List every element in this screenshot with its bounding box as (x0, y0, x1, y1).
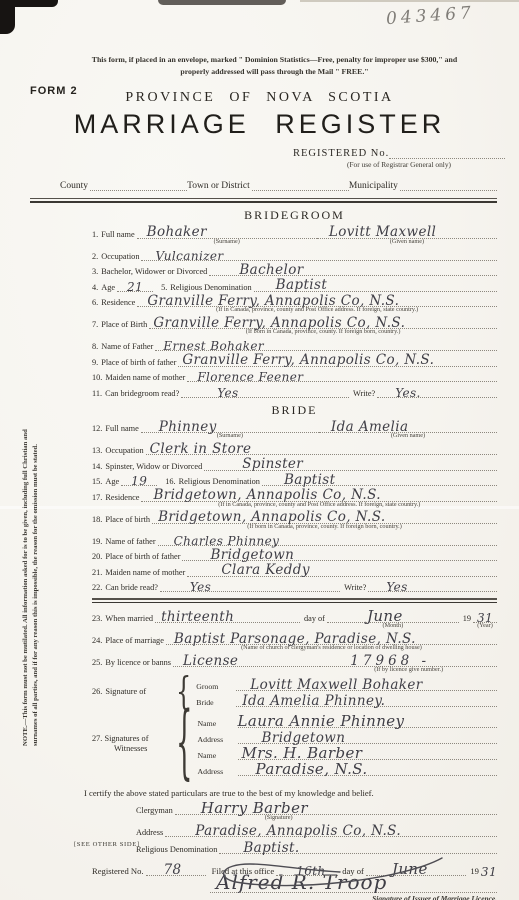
clergyman-label: Clergyman (136, 806, 173, 815)
ruled-line: Granville Ferry, Annapolis Co, N.S. (If … (149, 317, 497, 330)
witness2-name-row: Name Mrs. H. Barber (198, 744, 497, 760)
field-number: 7. (92, 320, 98, 329)
field-label: Name of Father (101, 342, 153, 351)
groom-signature-row: Groom Lovitt Maxwell Bohaker (196, 675, 497, 691)
form-number: FORM 2 (30, 85, 78, 97)
county-label: County (60, 181, 88, 191)
margin-note-vertical: NOTE.—This form must not be mutilated. A… (21, 268, 41, 746)
handwritten-value: License (183, 655, 238, 669)
mailing-instructions-line2: properly addressed will pass through the… (180, 67, 368, 76)
bride-label: Bride (196, 698, 236, 707)
field-row: 7. Place of Birth Granville Ferry, Annap… (92, 316, 497, 329)
handwritten-value: Yes (386, 581, 407, 593)
name-label: Name (198, 719, 238, 728)
field-label: Age (101, 283, 115, 292)
clergyman-address: Paradise, Annapolis Co, N.S. (195, 825, 401, 839)
field-row: 2. Occupation Vulcanizer (92, 248, 497, 261)
address-label: Address (198, 735, 238, 744)
field-label: Residence (101, 298, 135, 307)
handwritten-value: Clara Keddy (221, 564, 310, 578)
ruled-line: Bridgetown, Annapolis Co, N.S. (If born … (152, 511, 497, 524)
field-row: 24. Place of marriage Baptist Parsonage,… (92, 632, 497, 645)
field-label: Bachelor, Widower or Divorced (101, 267, 207, 276)
field-row: 19. Name of father Charles Phinney (92, 533, 497, 546)
ruled-line: Granville Ferry, Annapolis Co, N.S. (If … (137, 295, 497, 308)
field-number: 25. (92, 658, 102, 667)
field-label: Name of father (105, 537, 155, 546)
field-number: 10. (92, 373, 102, 382)
ruled-line: Yes (368, 580, 497, 592)
ruled-line: thirteenth (155, 611, 300, 624)
brace-glyph: { (176, 698, 193, 791)
field-number: 1. (92, 230, 98, 239)
field-caption: (If by licence give number.) (320, 666, 497, 673)
field-row: 13. Occupation Clerk in Store (92, 442, 497, 455)
field-number: 5. (161, 283, 167, 292)
ruled-line: Vulcanizer (141, 249, 497, 261)
bridegroom-heading: BRIDEGROOM (92, 208, 497, 223)
clergyman-row: Clergyman Harry Barber (Signature) (136, 801, 497, 815)
handwritten-value: Baptist (276, 279, 328, 293)
ruled-line: Spinster (204, 458, 497, 471)
field-caption: (If in Canada, province, county and Post… (137, 306, 497, 313)
town-line (252, 180, 349, 191)
field-label: Place of Birth (101, 320, 147, 329)
ruled-line: Bohaker (Surname) (137, 226, 317, 239)
ruled-line: 19 (121, 474, 157, 486)
year-prefix: 19 (470, 866, 479, 876)
field-row: 25. By licence or banns License 17968 - … (92, 654, 497, 667)
ruled-line: 21 (117, 280, 153, 292)
double-rule (30, 198, 497, 203)
field-label: Place of birth of father (101, 358, 176, 367)
ruled-line: License (173, 655, 320, 668)
ruled-line: Ida Amelia Phinney. (236, 695, 497, 708)
field-row: 3. Bachelor, Widower or Divorced Bachelo… (92, 263, 497, 276)
page-title: MARRIAGE REGISTER (0, 109, 519, 140)
field-label: Religious Denomination (170, 283, 251, 292)
field-number: 27. (92, 734, 102, 743)
field-label: day of (304, 614, 325, 623)
address-label: Address (198, 767, 238, 776)
handwritten-value: 21 (127, 281, 143, 293)
witness1-name-row: Name Laura Annie Phinney (198, 712, 497, 728)
margin-note-line2: surnames of all parties, and if for any … (31, 268, 41, 746)
mailing-instructions-line1: This form, if placed in an envelope, mar… (92, 55, 457, 64)
handwritten-value: 19 (131, 475, 147, 487)
field-label: Occupation (105, 446, 143, 455)
registered-no-caption: (For use of Registrar General only) (293, 160, 505, 169)
ruled-line: Lovitt Maxwell Bohaker (236, 679, 497, 692)
field-label: Witnesses (114, 744, 176, 755)
field-number: 17. (92, 493, 102, 502)
field-number: 13. (92, 446, 102, 455)
field-number: 21. (92, 568, 102, 577)
field-number: 12. (92, 424, 102, 433)
field-label: Place of marriage (105, 636, 164, 645)
handwritten-value: Yes. (395, 387, 421, 399)
field-label: Age (105, 477, 119, 486)
ruled-line: Florence Feener (187, 370, 497, 382)
field-row: 11. Can bridegroom read? Yes Write? Yes. (92, 385, 497, 398)
handwritten-value: Bridgetown (210, 549, 294, 563)
denomination-label: Religious Denomination (136, 845, 217, 854)
ruled-line: Bachelor (209, 264, 497, 277)
field-row: 15. Age 19 16. Religious Denomination Ba… (92, 473, 497, 486)
certification-statement: I certify the above stated particulars a… (84, 788, 497, 798)
field-label: Signatures of (104, 734, 148, 743)
ruled-line: Yes. (377, 386, 497, 398)
ruled-line: Phinney (Surname) (141, 421, 319, 434)
handwritten-value: thirteenth (161, 611, 234, 625)
handwritten-value: Spinster (242, 458, 303, 472)
handwritten-value: Ernest Bohaker (163, 340, 264, 352)
field-caption: (Surname) (141, 432, 319, 439)
field-row: 14. Spinster, Widow or Divorced Spinster (92, 458, 497, 471)
section-rule (92, 598, 497, 603)
ruled-line: Baptist (262, 474, 497, 487)
location-row: County Town or District Municipality (60, 180, 497, 191)
field-label: Religious Denomination (179, 477, 260, 486)
field-row: 1. Full name Bohaker (Surname) Lovitt Ma… (92, 226, 497, 239)
ruled-line: Baptist Parsonage, Paradise, N.S. (Name … (166, 633, 497, 646)
field-label: Spinster, Widow or Divorced (105, 462, 202, 471)
field-number: 26. (92, 687, 102, 696)
bride-signature: Ida Amelia Phinney. (242, 695, 385, 709)
registered-no-block: REGISTERED No. (For use of Registrar Gen… (0, 147, 505, 169)
ruled-line: Clara Keddy (187, 564, 497, 577)
field-label: Place of birth (105, 515, 150, 524)
handwritten-value: Vulcanizer (155, 250, 223, 262)
handwritten-value: Yes (190, 581, 211, 593)
ruled-line: 31 (Year) (473, 611, 497, 623)
field-caption: (Name of church or clergyman's residence… (166, 644, 497, 651)
field-label: Write? (344, 583, 366, 592)
field-caption: (Given name) (317, 238, 497, 245)
filed-year: 31 (481, 866, 497, 878)
field-row: 8. Name of Father Ernest Bohaker (92, 338, 497, 351)
ruled-line: June (Month) (327, 609, 459, 623)
ruled-line: Clerk in Store (146, 443, 497, 456)
field-row: 18. Place of birth Bridgetown, Annapolis… (92, 511, 497, 524)
registered-no-line (389, 147, 505, 159)
field-label: 19 (463, 614, 471, 623)
bride-heading: BRIDE (92, 403, 497, 418)
field-caption: (Given name) (319, 432, 497, 439)
province-heading: PROVINCE OF NOVA SCOTIA (0, 90, 519, 106)
ruled-line: Yes (181, 386, 349, 398)
field-label: Occupation (101, 252, 139, 261)
field-caption: (Month) (327, 622, 459, 629)
ruled-line: Ernest Bohaker (155, 339, 497, 351)
ruled-line: Yes (160, 580, 340, 592)
scan-edge-line (300, 0, 519, 2)
ruled-line: Ida Amelia (Given name) (319, 421, 497, 434)
marriage-register-document: 043467 This form, if placed in an envelo… (0, 0, 519, 900)
field-label: Maiden name of mother (105, 373, 185, 382)
ruled-line: Bridgetown (238, 732, 497, 745)
handwritten-value: Baptist (284, 474, 336, 488)
margin-note-line1: NOTE.—This form must not be mutilated. A… (21, 268, 31, 746)
field-row: 10. Maiden name of mother Florence Feene… (92, 369, 497, 382)
field-label: By licence or banns (105, 658, 171, 667)
field-label: When married (105, 614, 153, 623)
field-row: 21. Maiden name of mother Clara Keddy (92, 564, 497, 577)
field-label: Maiden name of mother (105, 568, 185, 577)
municipality-line (400, 180, 497, 191)
ruled-line: Granville Ferry, Annapolis Co, N.S. (178, 354, 497, 367)
field-number: 2. (92, 252, 98, 261)
ruled-line: Charles Phinney (158, 534, 497, 546)
field-caption: (Year) (473, 622, 497, 629)
field-row: 17. Residence Bridgetown, Annapolis Co, … (92, 489, 497, 502)
witness1-address-row: Address Bridgetown (198, 728, 497, 744)
bride-signature-row: Bride Ida Amelia Phinney. (196, 691, 497, 707)
field-number: 14. (92, 462, 102, 471)
town-label: Town or District (187, 181, 250, 191)
registered-label: Registered No. (92, 866, 144, 876)
handwritten-value: Charles Phinney (174, 535, 280, 547)
handwritten-value: Granville Ferry, Annapolis Co, N.S. (182, 354, 434, 368)
field-number: 24. (92, 636, 102, 645)
field-caption: (If born in Canada, province, county. If… (149, 328, 497, 335)
field-number: 19. (92, 537, 102, 546)
field-label: Place of birth of father (105, 552, 180, 561)
county-line (90, 180, 187, 191)
field-row: 12. Full name Phinney (Surname) Ida Amel… (92, 420, 497, 433)
field-number: 4. (92, 283, 98, 292)
field-number: 6. (92, 298, 98, 307)
field-number: 18. (92, 515, 102, 524)
field-number: 20. (92, 552, 102, 561)
field-number: 3. (92, 267, 98, 276)
name-label: Name (198, 751, 238, 760)
registered-number: 78 (164, 864, 182, 878)
field-label: Can bridegroom read? (105, 389, 179, 398)
field-number: 9. (92, 358, 98, 367)
field-row: 23. When married thirteenth day of June … (92, 609, 497, 623)
field-number: 11. (92, 389, 102, 398)
ruled-line: Bridgetown, Annapolis Co, N.S. (If in Ca… (141, 489, 497, 502)
scan-edge-artifact (158, 0, 286, 5)
see-other-side-note: [SEE OTHER SIDE] (74, 841, 140, 848)
ruled-line: Mrs. H. Barber (238, 746, 497, 760)
ruled-line: 17968 - (If by licence give number.) (320, 655, 497, 668)
field-number: 23. (92, 614, 102, 623)
witness1-address: Bridgetown (262, 732, 346, 746)
field-label: Full name (105, 424, 138, 433)
ruled-line: 78 (146, 864, 206, 877)
ruled-line: Lovitt Maxwell (Given name) (317, 226, 497, 239)
ruled-line: Bridgetown (182, 549, 497, 562)
field-caption: (Surname) (137, 238, 317, 245)
handwritten-value: Clerk in Store (150, 443, 252, 457)
witnesses-row: 27. Signatures of Witnesses { Name Laura… (92, 712, 497, 776)
field-number: 16. (165, 477, 175, 486)
field-label: Signature of (105, 687, 146, 696)
handwritten-value: Florence Feener (197, 371, 303, 383)
groom-signature: Lovitt Maxwell Bohaker (250, 679, 422, 693)
handwritten-value: Bachelor (239, 264, 303, 278)
witness2-name: Mrs. H. Barber (242, 746, 363, 761)
field-row: 20. Place of birth of father Bridgetown (92, 548, 497, 561)
ruled-line: Harry Barber (Signature) (175, 801, 497, 815)
clergyman-address-row: Address Paradise, Annapolis Co, N.S. (136, 823, 497, 837)
witness1-name: Laura Annie Phinney (238, 714, 405, 729)
ruled-line: Paradise, N.S. (238, 762, 497, 776)
field-row: 22. Can bride read? Yes Write? Yes (92, 579, 497, 592)
form-body: BRIDEGROOM 1. Full name Bohaker (Surname… (92, 208, 497, 900)
signature-of-row: 26. Signature of { Groom Lovitt Maxwell … (92, 675, 497, 707)
field-row: 6. Residence Granville Ferry, Annapolis … (92, 294, 497, 307)
field-number: 8. (92, 342, 98, 351)
field-label: Can bride read? (105, 583, 158, 592)
ruled-line: Laura Annie Phinney (238, 714, 497, 728)
signature-flourish (212, 852, 450, 896)
field-label: Full name (101, 230, 134, 239)
handwritten-value: Yes (217, 387, 238, 399)
field-caption: (Signature) (175, 814, 497, 821)
address-label: Address (136, 828, 163, 837)
witness2-address-row: Address Paradise, N.S. (198, 760, 497, 776)
ruled-line: Paradise, Annapolis Co, N.S. (165, 825, 497, 838)
ruled-line: Baptist (254, 279, 497, 292)
field-label: Write? (353, 389, 375, 398)
field-number: 15. (92, 477, 102, 486)
municipality-label: Municipality (349, 181, 398, 191)
field-row: 9. Place of birth of father Granville Fe… (92, 354, 497, 367)
field-number: 22. (92, 583, 102, 592)
groom-label: Groom (196, 682, 236, 691)
witness2-address: Paradise, N.S. (256, 762, 368, 777)
field-caption: (If born in Canada, province, county. If… (152, 523, 497, 530)
registered-no-label: REGISTERED No. (293, 148, 389, 159)
scan-corner-artifact (0, 0, 58, 7)
field-label: Residence (105, 493, 139, 502)
field-row: 4. Age 21 5. Religious Denomination Bapt… (92, 279, 497, 292)
field-caption: (If in Canada, province, county and Post… (141, 501, 497, 508)
